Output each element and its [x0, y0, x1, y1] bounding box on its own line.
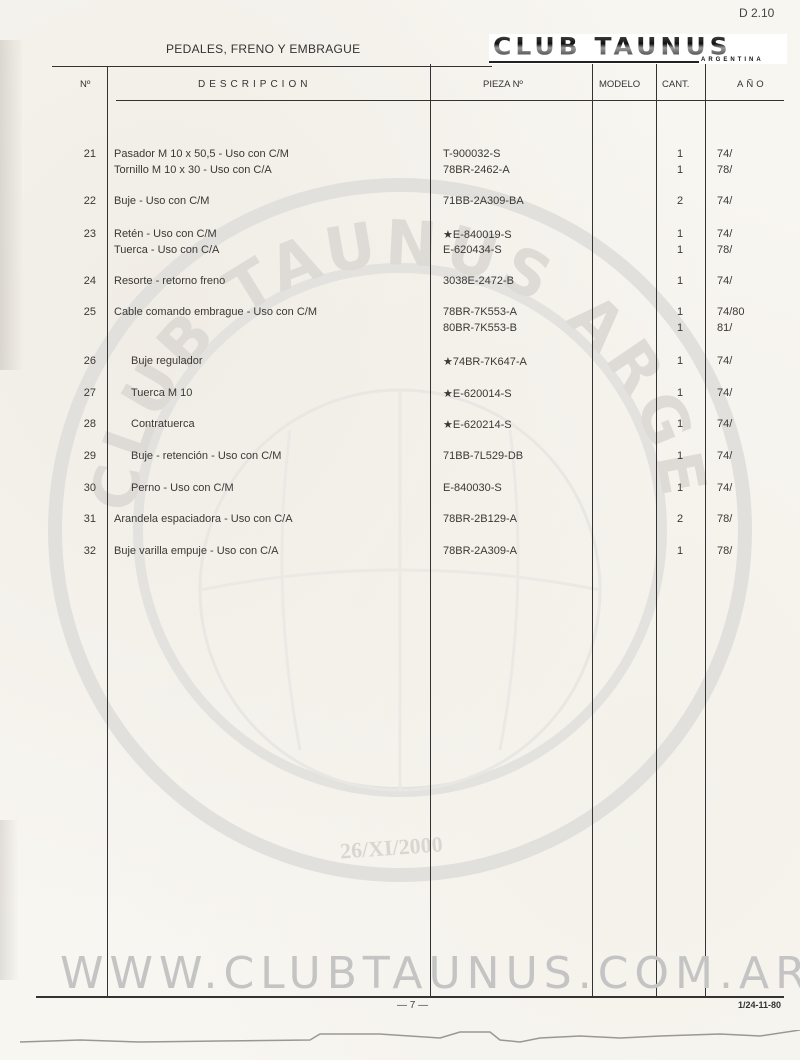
header-qty: CANT.: [662, 79, 689, 90]
col-divider-part: [592, 64, 593, 996]
row-ref-number: 27: [56, 387, 96, 399]
part-description: Contratuerca: [131, 418, 195, 430]
logo-underline: [489, 61, 699, 63]
part-year: 74/: [717, 387, 732, 399]
part-quantity: 2: [673, 195, 687, 207]
row-ref-number: 31: [56, 513, 96, 525]
part-description: Buje varilla empuje - Uso con C/A: [114, 545, 278, 557]
row-ref-number: 23: [56, 228, 96, 240]
part-number: 80BR-7K553-B: [443, 322, 517, 334]
footer-code: 1/24-11-80: [738, 1000, 781, 1010]
part-quantity: 1: [673, 482, 687, 494]
part-year: 74/: [717, 450, 732, 462]
section-title: PEDALES, FRENO Y EMBRAGUE: [166, 42, 360, 56]
part-description: Retén - Uso con C/M: [114, 228, 217, 240]
table-top-rule: [52, 66, 492, 67]
logo-subtitle: ARGENTINA: [701, 57, 764, 63]
part-quantity: 1: [673, 450, 687, 462]
part-year: 74/: [717, 228, 732, 240]
part-number: 71BB-2A309-BA: [443, 195, 524, 207]
part-number: 78BR-7K553-A: [443, 306, 517, 318]
part-description: Tuerca - Uso con C/A: [114, 244, 219, 256]
document-code: D 2.10: [739, 6, 774, 20]
part-number: T-900032-S: [443, 148, 500, 160]
part-number: 71BB-7L529-DB: [443, 450, 523, 462]
scan-smudge: [0, 820, 18, 980]
part-number: E-620434-S: [443, 244, 502, 256]
col-divider-desc: [430, 64, 431, 996]
part-quantity: 1: [673, 148, 687, 160]
header-part-no: PIEZA Nº: [483, 79, 523, 90]
part-description: Buje - Uso con C/M: [114, 195, 209, 207]
part-description: Buje regulador: [131, 355, 203, 367]
part-description: Arandela espaciadora - Uso con C/A: [114, 513, 293, 525]
part-quantity: 2: [673, 513, 687, 525]
col-divider-ref: [107, 66, 108, 996]
part-year: 74/: [717, 275, 732, 287]
row-ref-number: 29: [56, 450, 96, 462]
part-number: 78BR-2B129-A: [443, 513, 517, 525]
part-quantity: 1: [673, 387, 687, 399]
row-ref-number: 22: [56, 195, 96, 207]
part-year: 74/: [717, 418, 732, 430]
row-ref-number: 26: [56, 355, 96, 367]
club-taunus-logo: CLUB TAUNUS ARGENTINA: [489, 34, 787, 64]
part-number: 78BR-2A309-A: [443, 545, 517, 557]
part-quantity: 1: [673, 275, 687, 287]
part-description: Tornillo M 10 x 30 - Uso con C/A: [114, 164, 272, 176]
part-year: 74/80: [717, 306, 745, 318]
part-quantity: 1: [673, 418, 687, 430]
part-year: 78/: [717, 545, 732, 557]
part-number: ★E-840019-S: [443, 228, 512, 241]
scan-smudge: [0, 40, 22, 370]
part-quantity: 1: [673, 545, 687, 557]
part-number: ★E-620214-S: [443, 418, 512, 431]
part-quantity: 1: [673, 228, 687, 240]
col-divider-model: [656, 64, 657, 996]
part-quantity: 1: [673, 322, 687, 334]
part-quantity: 1: [673, 355, 687, 367]
part-description: Resorte - retorno freno: [114, 275, 225, 287]
col-divider-qty: [705, 64, 706, 996]
row-ref-number: 25: [56, 306, 96, 318]
part-number: 3038E-2472-B: [443, 275, 514, 287]
part-number: ★74BR-7K647-A: [443, 355, 527, 368]
header-description: DESCRIPCION: [198, 79, 311, 90]
part-quantity: 1: [673, 244, 687, 256]
part-year: 78/: [717, 513, 732, 525]
part-description: Perno - Uso con C/M: [131, 482, 234, 494]
logo-name: CLUB TAUNUS: [493, 33, 732, 61]
header-model: MODELO: [599, 79, 640, 90]
part-year: 78/: [717, 244, 732, 256]
part-number: 78BR-2462-A: [443, 164, 510, 176]
part-quantity: 1: [673, 164, 687, 176]
header-year: AÑO: [737, 79, 767, 90]
row-ref-number: 24: [56, 275, 96, 287]
row-ref-number: 32: [56, 545, 96, 557]
part-quantity: 1: [673, 306, 687, 318]
header-bottom-rule: [116, 100, 784, 101]
part-number: ★E-620014-S: [443, 387, 512, 400]
part-number: E-840030-S: [443, 482, 502, 494]
part-year: 81/: [717, 322, 732, 334]
part-description: Pasador M 10 x 50,5 - Uso con C/M: [114, 148, 289, 160]
page-number: — 7 —: [397, 1000, 428, 1011]
part-description: Cable comando embrague - Uso con C/M: [114, 306, 317, 318]
part-year: 74/: [717, 148, 732, 160]
row-ref-number: 21: [56, 148, 96, 160]
torn-paper-edge: [20, 1030, 800, 1060]
website-watermark: WWW.CLUBTAUNUS.COM.AR: [60, 948, 780, 999]
part-year: 74/: [717, 482, 732, 494]
part-year: 78/: [717, 164, 732, 176]
part-year: 74/: [717, 195, 732, 207]
part-description: Tuerca M 10: [131, 387, 192, 399]
part-year: 74/: [717, 355, 732, 367]
row-ref-number: 28: [56, 418, 96, 430]
header-ref: Nº: [80, 79, 90, 90]
row-ref-number: 30: [56, 482, 96, 494]
part-description: Buje - retención - Uso con C/M: [131, 450, 281, 462]
